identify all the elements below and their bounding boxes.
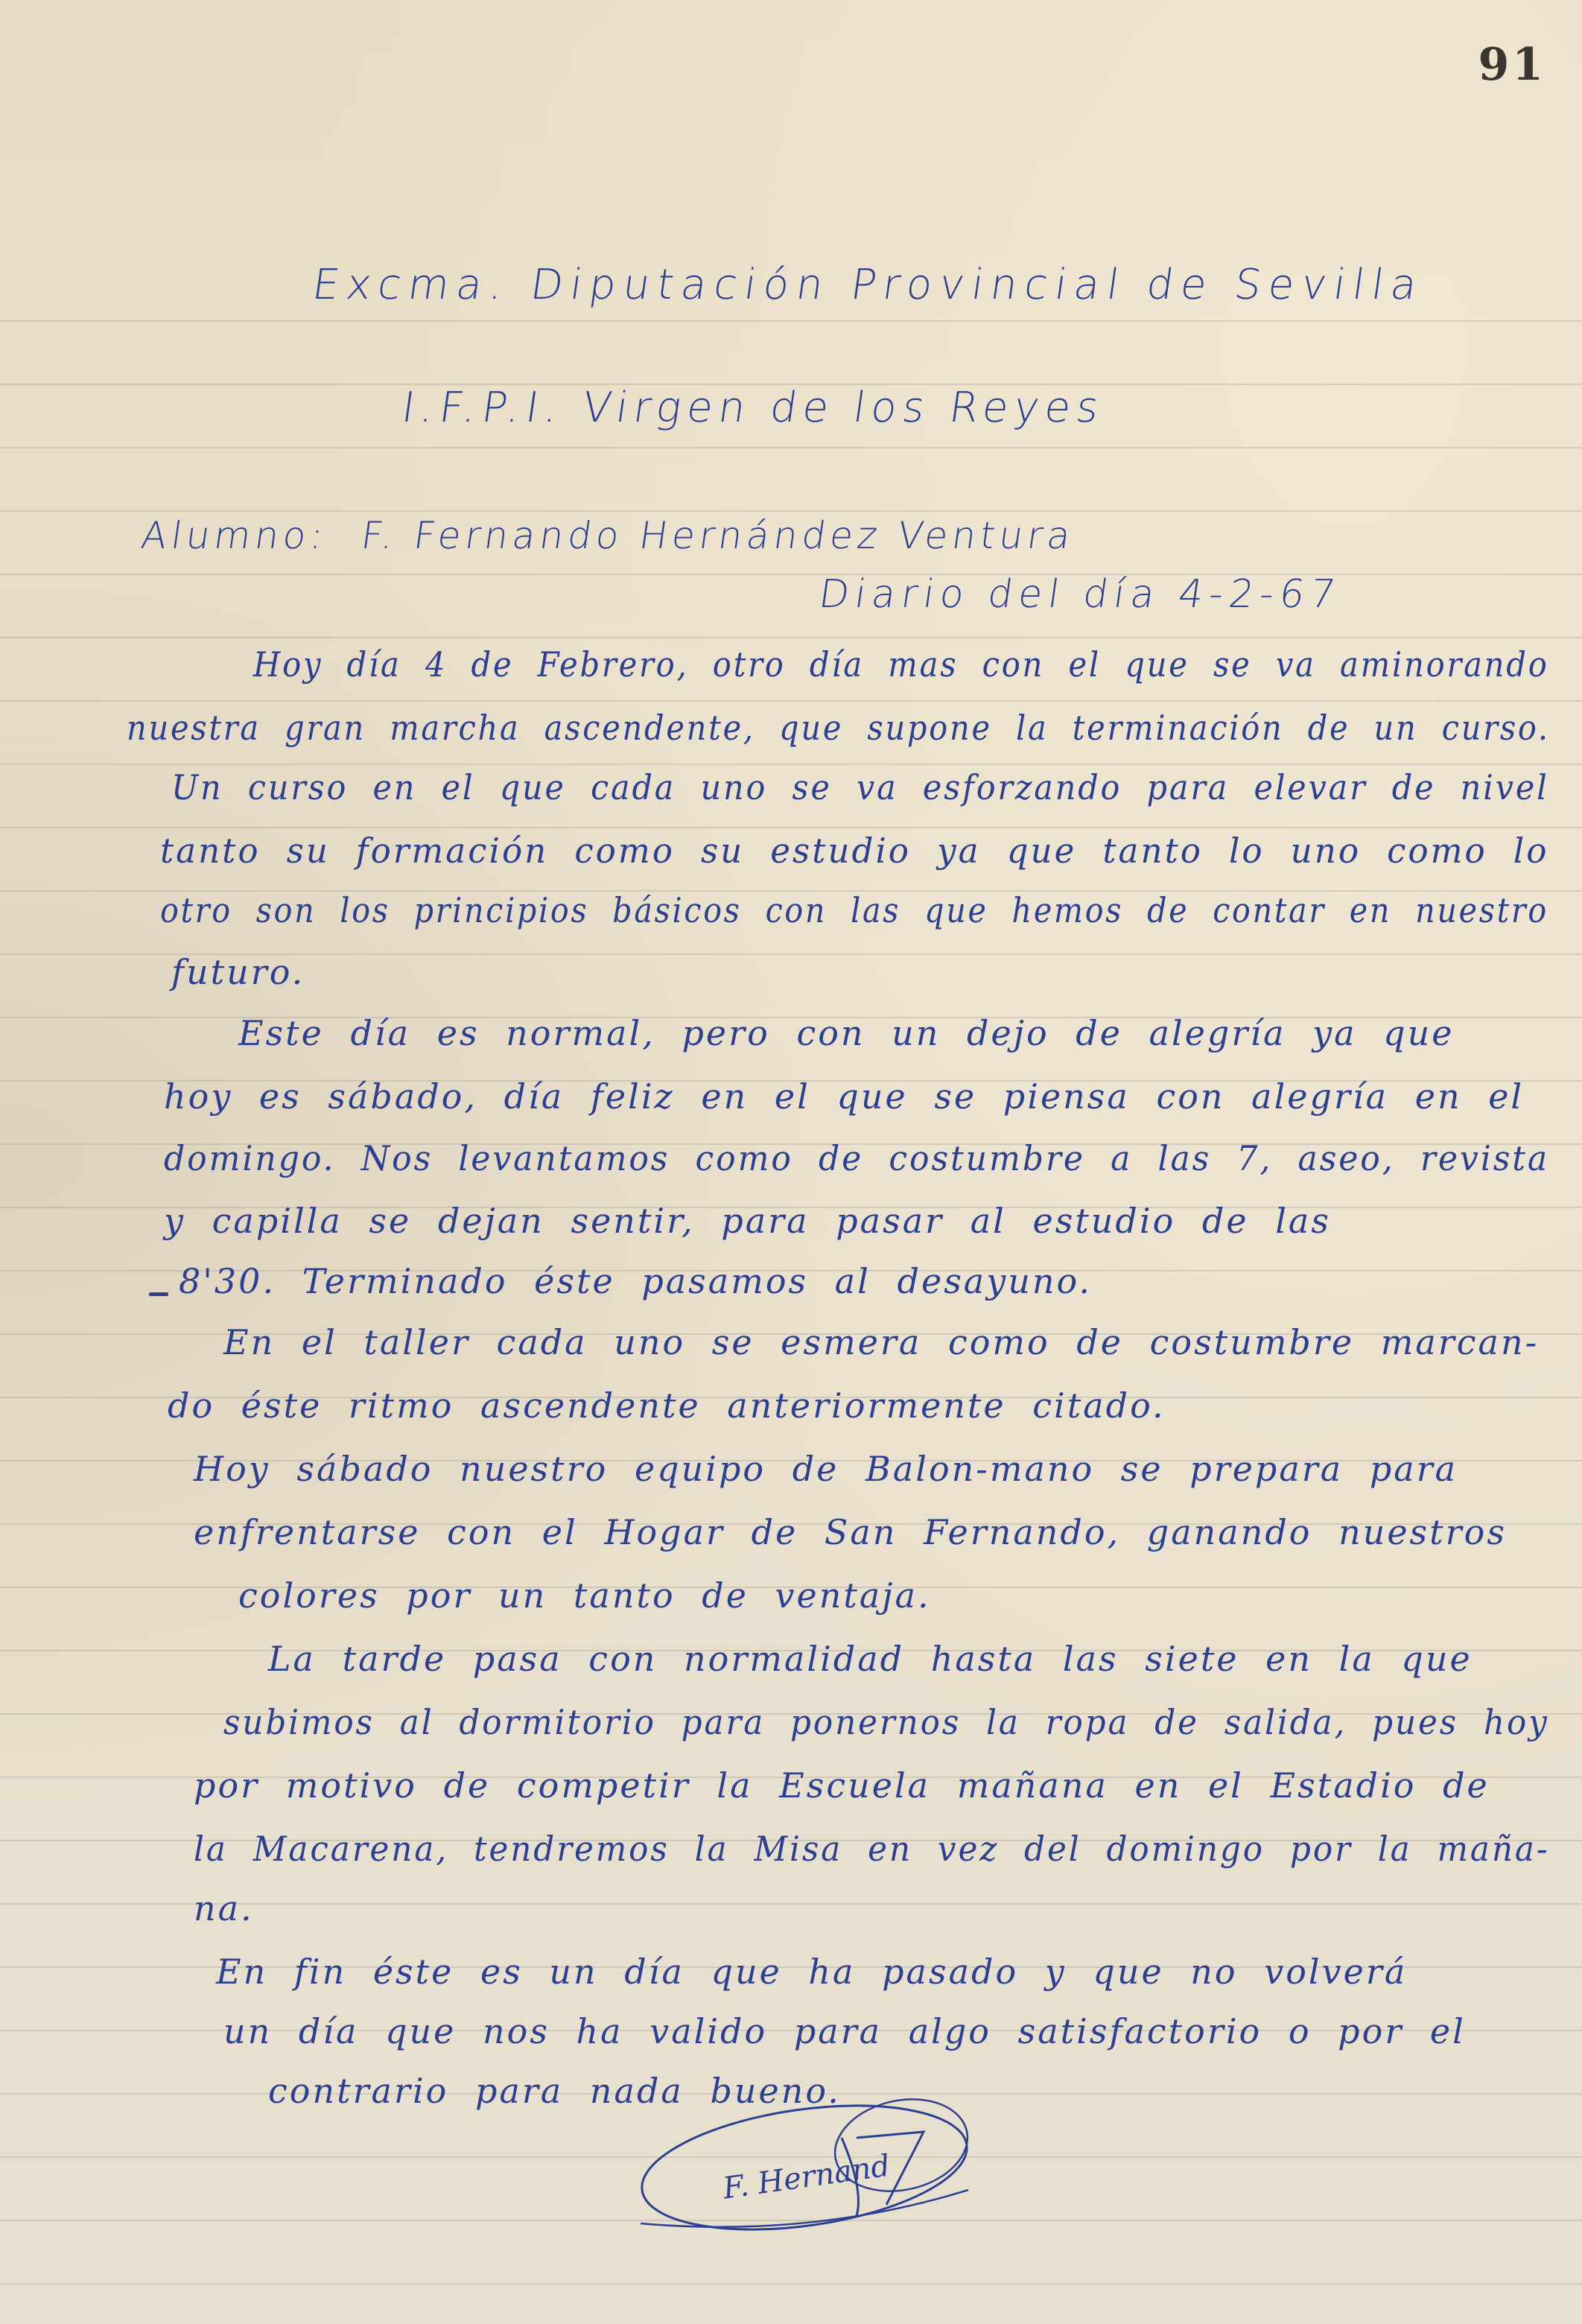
rule-line	[0, 637, 1582, 638]
diary-text-line: En el taller cada uno se esmera como de …	[223, 1322, 1539, 1362]
rule-line	[0, 827, 1582, 828]
school-heading: I.F.P.I. Virgen de los Reyes	[398, 384, 1108, 432]
diary-text-line: un día que nos ha valido para algo satis…	[223, 2011, 1466, 2051]
diary-text-line: Un curso en el que cada uno se va esforz…	[171, 767, 1549, 807]
rule-line	[0, 510, 1582, 512]
student-name: F. Fernando Hernández Ventura	[358, 514, 1077, 557]
diary-text-line: Hoy sábado nuestro equipo de Balon-mano …	[194, 1449, 1458, 1489]
institution-heading: Excma. Diputación Provincial de Sevilla	[309, 261, 1427, 309]
diary-text-line: colores por un tanto de ventaja.	[238, 1575, 931, 1616]
diary-text-line: subimos al dormitorio para ponernos la r…	[223, 1702, 1549, 1742]
diary-text-line: enfrentarse con el Hogar de San Fernando…	[194, 1512, 1507, 1552]
rule-line	[0, 2283, 1582, 2285]
diary-date-heading: Diario del día 4-2-67	[816, 572, 1344, 617]
diary-text-line: hoy es sábado, día feliz en el que se pi…	[164, 1076, 1524, 1117]
diary-text-line: 8'30. Terminado éste pasamos al desayuno…	[179, 1261, 1092, 1301]
diary-text-line: En fin éste es un día que ha pasado y qu…	[216, 1952, 1407, 1992]
diary-text-line: Hoy día 4 de Febrero, otro día mas con e…	[253, 644, 1549, 685]
diary-text-line: otro son los principios básicos con las …	[160, 890, 1548, 930]
diary-text-line: domingo. Nos levantamos como de costumbr…	[164, 1138, 1549, 1178]
diary-text-line: La tarde pasa con normalidad hasta las s…	[268, 1639, 1473, 1679]
rule-line	[0, 574, 1582, 575]
notebook-page: 91 Excma. Diputación Provincial de Sevil…	[0, 0, 1582, 2324]
rule-line	[0, 700, 1582, 702]
diary-text-line: Este día es normal, pero con un dejo de …	[238, 1013, 1454, 1053]
rule-line	[0, 320, 1582, 322]
diary-text-line: na.	[194, 1888, 254, 1928]
diary-text-line: futuro.	[171, 952, 305, 992]
signature-block: F. Hernand	[618, 2078, 1035, 2242]
student-label: Alumno:	[139, 514, 331, 557]
diary-text-line: y capilla se dejan sentir, para pasar al…	[164, 1201, 1331, 1241]
rule-line	[0, 763, 1582, 765]
diary-text-line: la Macarena, tendremos la Misa en vez de…	[194, 1829, 1550, 1869]
diary-text-line: nuestra gran marcha ascendente, que supo…	[127, 708, 1550, 748]
page-number: 91	[1478, 39, 1547, 91]
diary-text-line: tanto su formación como su estudio ya qu…	[160, 831, 1548, 871]
student-line: Alumno: F. Fernando Hernández Ventura	[139, 514, 1078, 557]
diary-text-line: do éste ritmo ascendente anteriormente c…	[168, 1385, 1166, 1426]
margin-mark	[149, 1292, 168, 1296]
diary-text-line: por motivo de competir la Escuela mañana…	[194, 1765, 1490, 1806]
rule-line	[0, 447, 1582, 448]
